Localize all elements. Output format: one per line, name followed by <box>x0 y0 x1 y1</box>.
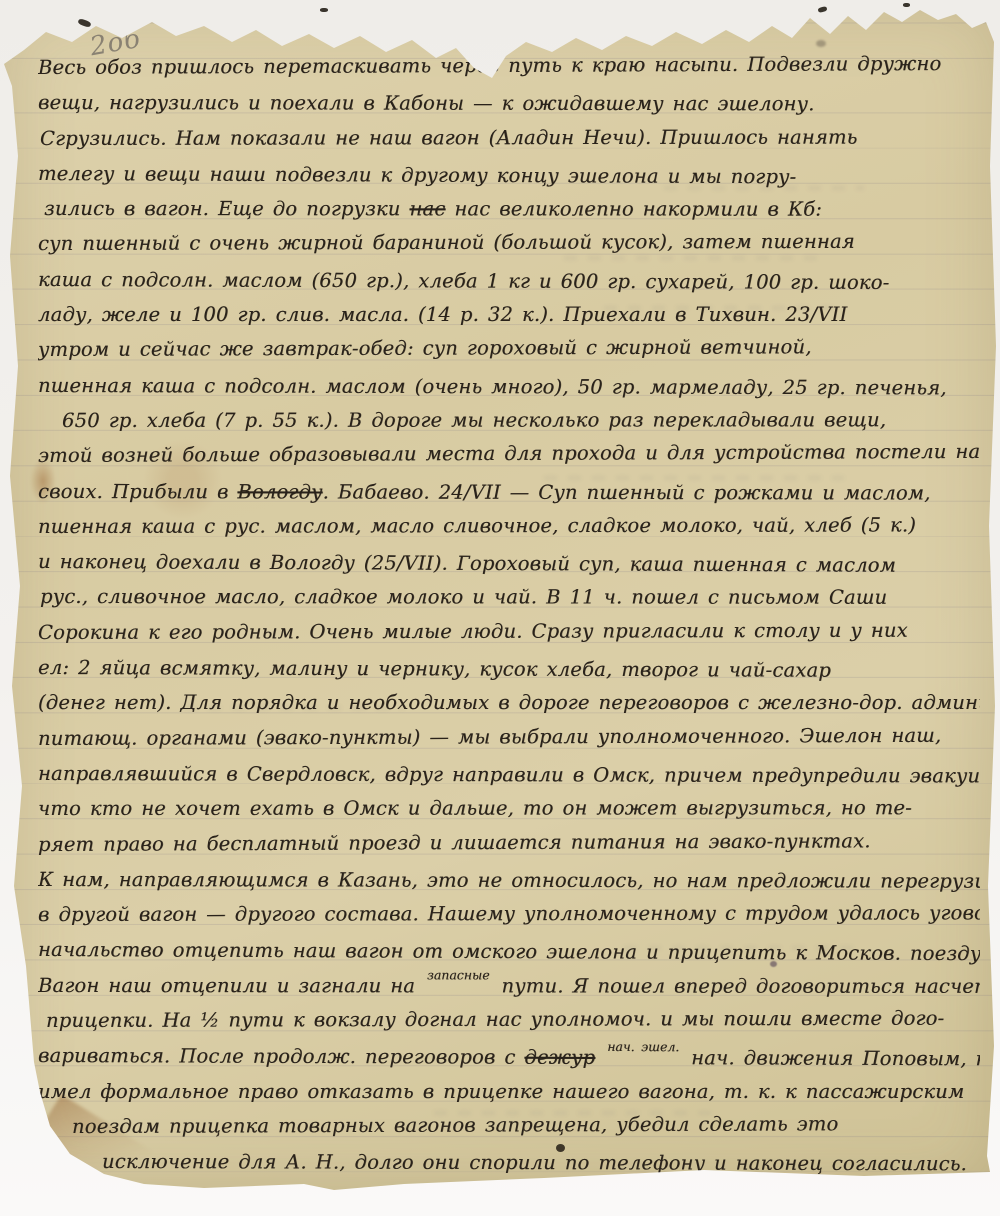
manuscript-line: и наконец доехали в Вологду (25/VII). Го… <box>38 544 980 583</box>
manuscript-line: Вагон наш отцепили и загнали на запасные… <box>38 968 980 1004</box>
interlinear-insertion: нач. эшел. <box>607 1039 679 1054</box>
manuscript-line: в другой вагон — другого состава. Нашему… <box>38 895 980 932</box>
manuscript-line: Сорокина к его родным. Очень милые люди.… <box>38 612 980 650</box>
manuscript-line: К нам, направляющимся в Казань, это не о… <box>38 862 980 899</box>
manuscript-line: суп пшенный с очень жирной бараниной (бо… <box>38 224 980 262</box>
scanned-page: 2об Весь обоз пришлось перетаскивать чер… <box>0 0 1000 1216</box>
paper-debris <box>77 18 91 28</box>
manuscript-line: питающ. органами (эвако-пункты) — мы выб… <box>38 717 980 756</box>
manuscript-line: каша с подсолн. маслом (650 гр.), хлеба … <box>38 262 980 301</box>
manuscript-line: прицепки. На ½ пути к вокзалу догнал нас… <box>46 1001 980 1039</box>
ink-smudge <box>816 40 826 47</box>
manuscript-line: Весь обоз пришлось перетаскивать через п… <box>38 50 980 85</box>
manuscript-line: имел формальное право отказать в прицепк… <box>38 1074 980 1109</box>
manuscript-line: рус., сливочное масло, сладкое молоко и … <box>40 579 980 615</box>
manuscript-line: 650 гр. хлеба (7 р. 55 к.). В дороге мы … <box>62 402 980 438</box>
struck-word: дежур <box>524 1046 595 1069</box>
handwritten-text: Весь обоз пришлось перетаскивать через п… <box>38 50 980 1180</box>
paper-debris <box>320 8 328 12</box>
manuscript-line: что кто не хочет ехать в Омск и дальше, … <box>38 790 980 826</box>
manuscript-line: вариваться. После продолж. переговоров с… <box>38 1038 980 1077</box>
manuscript-line: пшенная каша с подсолн. маслом (очень мн… <box>38 368 980 406</box>
manuscript-line: этой возней больше образовывали места дл… <box>38 434 980 473</box>
manuscript-line: телегу и вещи наши подвезли к другому ко… <box>38 156 980 195</box>
manuscript-line: зились в вагон. Еще до погрузки нас нас … <box>44 191 980 227</box>
manuscript-paper: 2об Весь обоз пришлось перетаскивать чер… <box>4 6 996 1190</box>
manuscript-line: ладу, желе и 100 гр. слив. масла. (14 р.… <box>38 297 980 332</box>
manuscript-line: Сгрузились. Нам показали не наш вагон (А… <box>40 119 980 156</box>
struck-word: нас <box>409 198 445 221</box>
paper-debris <box>903 3 910 7</box>
manuscript-line: направлявшийся в Свердловск, вдруг напра… <box>38 756 980 794</box>
manuscript-line: поездам прицепка товарных вагонов запрещ… <box>72 1106 980 1144</box>
manuscript-line: (денег нет). Для порядка и необходимых в… <box>38 685 980 720</box>
interlinear-insertion: запасные <box>427 967 490 982</box>
paper-debris <box>818 6 828 13</box>
struck-word: Вологду <box>237 480 322 503</box>
manuscript-line: утром и сейчас же завтрак-обед: суп горо… <box>38 329 980 368</box>
manuscript-line: ел: 2 яйца всмятку, малину и чернику, ку… <box>38 650 980 689</box>
manuscript-line: начальство отцепить наш вагон от омского… <box>38 932 980 971</box>
manuscript-line: пшенная каша с рус. маслом, масло сливоч… <box>38 507 980 544</box>
manuscript-line: исключение для А. Н., долго они спорили … <box>102 1144 980 1180</box>
manuscript-line: вещи, нагрузились и поехали в Кабоны — к… <box>38 85 980 122</box>
manuscript-line: своих. Прибыли в Вологду. Бабаево. 24/VI… <box>38 474 980 511</box>
manuscript-line: ряет право на бесплатный проезд и лишает… <box>38 822 980 861</box>
